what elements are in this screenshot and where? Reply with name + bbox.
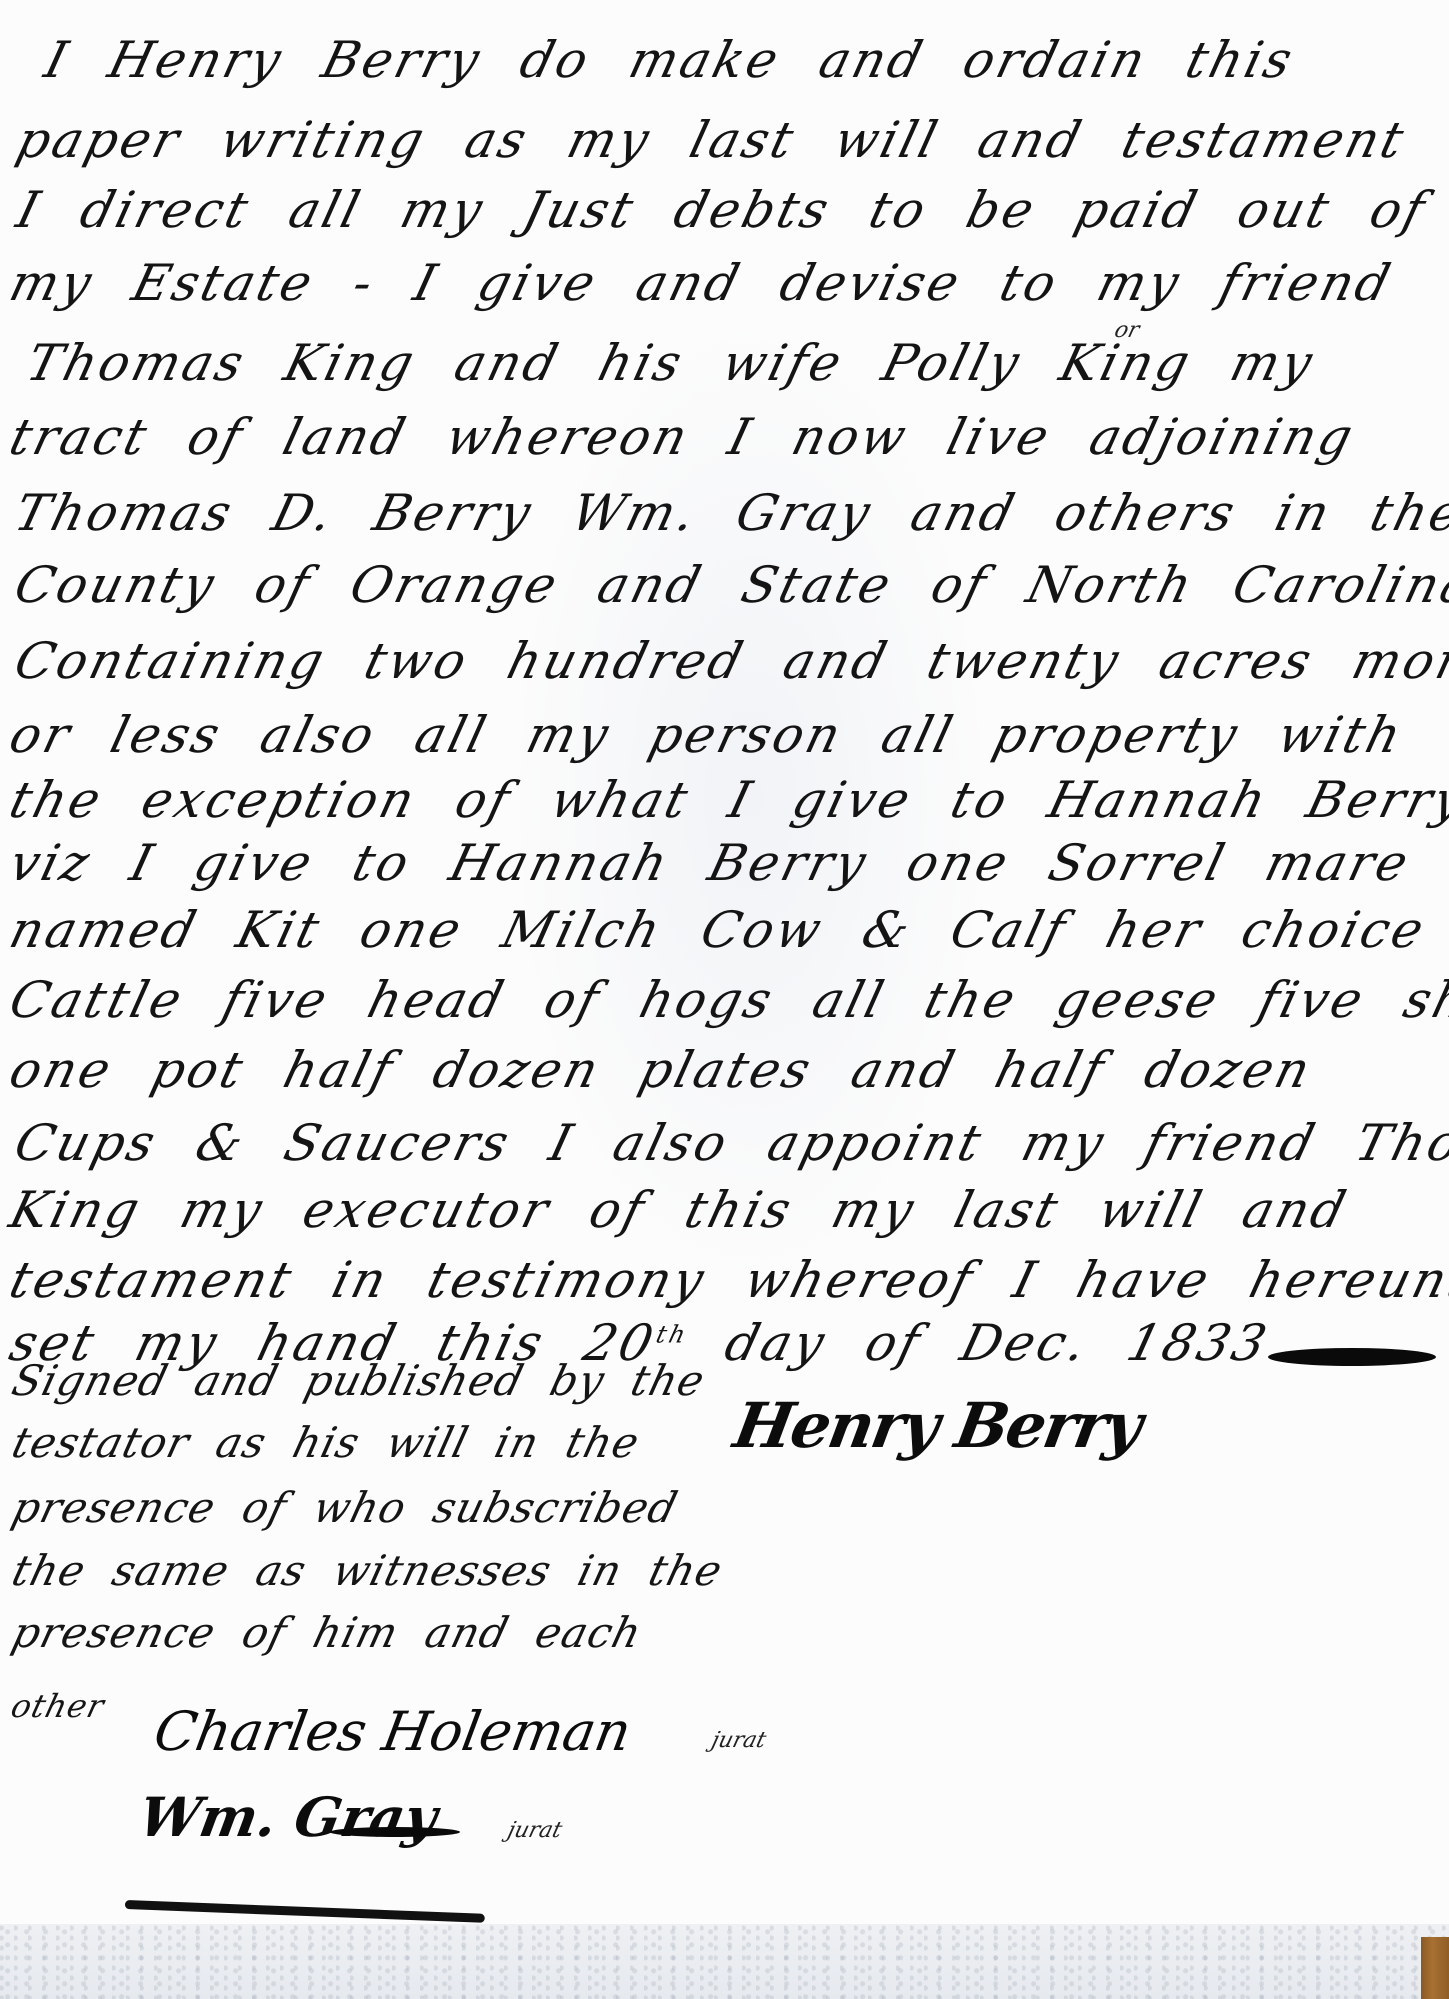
will-line-17: King my executor of this my last will an… xyxy=(5,1185,1353,1235)
witness-1-jurat-note: jurat xyxy=(709,1728,769,1753)
will-line-7: Thomas D. Berry Wm. Gray and others in t… xyxy=(10,488,1449,538)
will-line-12: viz I give to Hannah Berry one Sorrel ma… xyxy=(5,838,1416,888)
will-line-2: paper writing as my last will and testam… xyxy=(12,115,1411,165)
will-line-4: my Estate - I give and devise to my frie… xyxy=(5,258,1398,308)
closing-underline-stroke xyxy=(125,1900,485,1923)
will-line-10: or less also all my person all property … xyxy=(5,710,1409,760)
will-document-page: I Henry Berry do make and ordain this pa… xyxy=(0,0,1449,1999)
attestation-line-3: presence of who subscribed xyxy=(8,1487,682,1529)
will-line-3: I direct all my Just debts to be paid ou… xyxy=(12,185,1432,235)
will-line-16: Cups & Saucers I also appoint my friend … xyxy=(10,1118,1449,1168)
attestation-line-6: other xyxy=(8,1690,108,1722)
will-line-5: Thomas King and his wife Polly King my xyxy=(22,338,1320,388)
end-flourish-stroke xyxy=(1268,1348,1436,1366)
attestation-line-1: Signed and published by the xyxy=(8,1360,709,1402)
will-line-14: Cattle five head of hogs all the geese f… xyxy=(5,975,1449,1025)
date-line-suffix: day of Dec. 1833 xyxy=(719,1314,1275,1372)
will-line-6: tract of land whereon I now live adjoini… xyxy=(5,412,1360,462)
attestation-line-5: presence of him and each xyxy=(8,1612,646,1654)
date-superscript: th xyxy=(653,1320,691,1348)
testator-signature: Henry Berry xyxy=(730,1395,1146,1457)
attestation-line-2: testator as his will in the xyxy=(8,1422,644,1464)
attestation-line-4: the same as witnesses in the xyxy=(8,1550,727,1592)
witness-signature-charles-holeman: Charles Holeman xyxy=(150,1705,635,1759)
table-edge-background xyxy=(1421,1937,1449,1999)
gray-signature-tail xyxy=(330,1827,460,1837)
witness-2-jurat-note: jurat xyxy=(505,1818,565,1843)
will-line-18: testament in testimony whereof I have he… xyxy=(5,1255,1449,1305)
will-line-15: one pot half dozen plates and half dozen xyxy=(5,1045,1317,1095)
scan-edge-noise xyxy=(0,1924,1449,1999)
will-line-9: Containing two hundred and twenty acres … xyxy=(10,636,1449,686)
will-line-11: the exception of what I give to Hannah B… xyxy=(5,775,1449,825)
will-line-13: named Kit one Milch Cow & Calf her choic… xyxy=(5,905,1449,955)
will-line-1: I Henry Berry do make and ordain this xyxy=(40,35,1300,85)
will-line-8: County of Orange and State of North Caro… xyxy=(10,560,1449,610)
